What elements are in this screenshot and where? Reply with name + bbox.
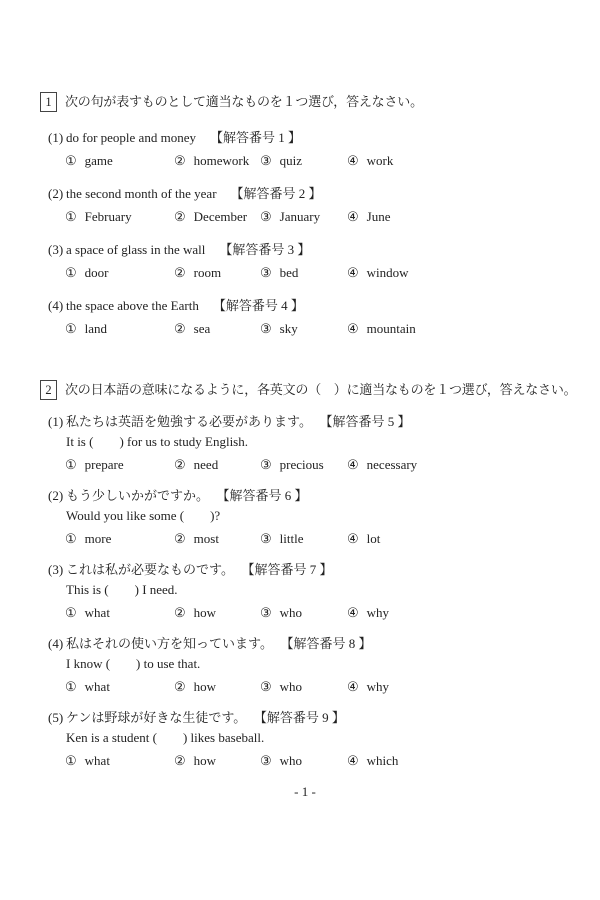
option-text: December [194, 209, 247, 224]
option-mark: ② [174, 321, 186, 336]
section-instruction: 次の日本語の意味になるように，各英文の（ ）に適当なものを１つ選び，答えなさい。 [65, 380, 576, 400]
option-text: more [85, 531, 112, 546]
option-mark: ③ [260, 153, 272, 168]
option: ②how [174, 603, 260, 622]
option-mark: ② [174, 605, 186, 620]
option-mark: ④ [347, 753, 359, 768]
option-mark: ③ [260, 531, 272, 546]
option-mark: ④ [347, 457, 359, 472]
question-prompt: a space of glass in the wall [66, 242, 205, 257]
option: ④lot [347, 529, 570, 548]
option-text: what [85, 679, 110, 694]
question-prompt: 私はそれの使い方を知っています。 [66, 636, 273, 651]
option-text: room [194, 265, 221, 280]
option: ②most [174, 529, 260, 548]
question-label: (1) [48, 128, 65, 147]
option-mark: ① [65, 321, 77, 336]
question-label: (5) [48, 708, 65, 727]
option-text: why [367, 679, 389, 694]
option-mark: ② [174, 153, 186, 168]
question-prompt: ケンは野球が好きな生徒です。 [66, 710, 246, 725]
options-row: ①what ②how ③who ④why [65, 603, 570, 622]
option-text: what [85, 605, 110, 620]
option-mark: ④ [347, 265, 359, 280]
option-text: lot [367, 531, 381, 546]
option-text: most [194, 531, 219, 546]
option-text: who [280, 679, 302, 694]
question-label: (4) [48, 296, 65, 315]
question-line: (4)the space above the Earth【解答番号 4 】 [48, 296, 570, 315]
question-line: (2)the second month of the year【解答番号 2 】 [48, 184, 570, 203]
option-mark: ① [65, 457, 77, 472]
option: ④necessary [347, 455, 570, 474]
option-text: January [280, 209, 320, 224]
question-line: (4)私はそれの使い方を知っています。【解答番号 8 】 [48, 634, 570, 653]
option-text: why [367, 605, 389, 620]
option-mark: ② [174, 457, 186, 472]
option-text: little [280, 531, 304, 546]
option: ②sea [174, 319, 260, 338]
answer-number-tag: 【解答番号 8 】 [287, 636, 372, 651]
question-label: (3) [48, 240, 65, 259]
option-mark: ② [174, 265, 186, 280]
section-2-header: 2 次の日本語の意味になるように，各英文の（ ）に適当なものを１つ選び，答えなさ… [40, 380, 570, 400]
option-text: who [280, 753, 302, 768]
option-text: door [85, 265, 109, 280]
question-item: (2)the second month of the year【解答番号 2 】… [48, 184, 570, 226]
answer-number-tag: 【解答番号 3 】 [219, 242, 310, 257]
option: ③who [260, 603, 347, 622]
question-prompt: the space above the Earth [66, 298, 199, 313]
options-row: ①door ②room ③bed ④window [65, 263, 570, 282]
page-number: - 1 - [40, 782, 570, 801]
option: ③quiz [260, 151, 347, 170]
option: ③who [260, 751, 347, 770]
option-text: need [194, 457, 219, 472]
option: ③little [260, 529, 347, 548]
question-line: (2)もう少しいかがですか。【解答番号 6 】 [48, 486, 570, 505]
option: ④work [347, 151, 570, 170]
option-text: who [280, 605, 302, 620]
english-sentence: Would you like some ( )? [66, 506, 570, 525]
option-mark: ④ [347, 531, 359, 546]
option-text: sea [194, 321, 211, 336]
question-label: (2) [48, 184, 65, 203]
option-mark: ① [65, 531, 77, 546]
option-mark: ④ [347, 209, 359, 224]
option: ①what [65, 603, 174, 622]
option: ④window [347, 263, 570, 282]
section-2-items: (1)私たちは英語を勉強する必要があります。【解答番号 5 】 It is ( … [48, 412, 570, 770]
option-mark: ② [174, 531, 186, 546]
option: ②how [174, 677, 260, 696]
option: ④June [347, 207, 570, 226]
question-prompt: 私たちは英語を勉強する必要があります。 [66, 414, 312, 429]
option: ②room [174, 263, 260, 282]
option: ③January [260, 207, 347, 226]
option-mark: ① [65, 679, 77, 694]
option-mark: ③ [260, 605, 272, 620]
section-2: 2 次の日本語の意味になるように，各英文の（ ）に適当なものを１つ選び，答えなさ… [40, 380, 570, 770]
option-mark: ④ [347, 321, 359, 336]
english-sentence: It is ( ) for us to study English. [66, 432, 570, 451]
section-number-box: 2 [40, 380, 57, 400]
option-mark: ④ [347, 679, 359, 694]
question-item: (3)これは私が必要なものです。【解答番号 7 】 This is ( ) I … [48, 560, 570, 622]
question-line: (3)これは私が必要なものです。【解答番号 7 】 [48, 560, 570, 579]
option-text: quiz [280, 153, 302, 168]
option-text: bed [280, 265, 299, 280]
option-text: mountain [367, 321, 416, 336]
option-text: how [194, 605, 216, 620]
option-mark: ② [174, 679, 186, 694]
section-1-header: 1 次の句が表すものとして適当なものを１つ選び，答えなさい。 [40, 92, 570, 112]
option-text: land [85, 321, 107, 336]
answer-number-tag: 【解答番号 2 】 [231, 186, 322, 201]
option: ④why [347, 603, 570, 622]
options-row: ①more ②most ③little ④lot [65, 529, 570, 548]
option: ④why [347, 677, 570, 696]
question-item: (2)もう少しいかがですか。【解答番号 6 】 Would you like s… [48, 486, 570, 548]
option-mark: ④ [347, 605, 359, 620]
option-text: what [85, 753, 110, 768]
option-text: necessary [367, 457, 418, 472]
exam-page: 1 次の句が表すものとして適当なものを１つ選び，答えなさい。 (1)do for… [0, 0, 600, 900]
option-mark: ③ [260, 209, 272, 224]
options-row: ①what ②how ③who ④why [65, 677, 570, 696]
answer-number-tag: 【解答番号 5 】 [326, 414, 411, 429]
section-1: 1 次の句が表すものとして適当なものを１つ選び，答えなさい。 (1)do for… [40, 92, 570, 338]
option: ③sky [260, 319, 347, 338]
option-text: work [367, 153, 394, 168]
question-prompt: もう少しいかがですか。 [66, 488, 209, 503]
question-item: (4)the space above the Earth【解答番号 4 】 ①l… [48, 296, 570, 338]
question-prompt: the second month of the year [66, 186, 217, 201]
option-mark: ① [65, 605, 77, 620]
question-label: (4) [48, 634, 65, 653]
option-text: homework [194, 153, 250, 168]
section-1-items: (1)do for people and money【解答番号 1 】 ①gam… [48, 128, 570, 338]
question-line: (5)ケンは野球が好きな生徒です。【解答番号 9 】 [48, 708, 570, 727]
question-prompt: これは私が必要なものです。 [66, 562, 234, 577]
options-row: ①game ②homework ③quiz ④work [65, 151, 570, 170]
answer-number-tag: 【解答番号 7 】 [248, 562, 333, 577]
option-text: February [85, 209, 132, 224]
question-prompt: do for people and money [66, 130, 196, 145]
option-mark: ① [65, 209, 77, 224]
question-line: (1)do for people and money【解答番号 1 】 [48, 128, 570, 147]
option-mark: ③ [260, 265, 272, 280]
option-text: how [194, 679, 216, 694]
option: ④mountain [347, 319, 570, 338]
option-mark: ① [65, 753, 77, 768]
option: ①more [65, 529, 174, 548]
answer-number-tag: 【解答番号 9 】 [260, 710, 345, 725]
question-label: (2) [48, 486, 65, 505]
option-text: window [367, 265, 409, 280]
options-row: ①February ②December ③January ④June [65, 207, 570, 226]
option: ③bed [260, 263, 347, 282]
option: ④which [347, 751, 570, 770]
answer-number-tag: 【解答番号 6 】 [223, 488, 308, 503]
english-sentence: I know ( ) to use that. [66, 654, 570, 673]
option-mark: ② [174, 753, 186, 768]
option: ①what [65, 751, 174, 770]
option-text: sky [280, 321, 298, 336]
option-text: precious [280, 457, 324, 472]
answer-number-tag: 【解答番号 4 】 [213, 298, 304, 313]
option-mark: ① [65, 153, 77, 168]
option: ②need [174, 455, 260, 474]
question-item: (4)私はそれの使い方を知っています。【解答番号 8 】 I know ( ) … [48, 634, 570, 696]
option-mark: ③ [260, 457, 272, 472]
option: ①land [65, 319, 174, 338]
english-sentence: Ken is a student ( ) likes baseball. [66, 728, 570, 747]
option-mark: ③ [260, 753, 272, 768]
option-text: game [85, 153, 113, 168]
option-text: prepare [85, 457, 124, 472]
option-text: which [367, 753, 399, 768]
question-label: (3) [48, 560, 65, 579]
option-mark: ③ [260, 321, 272, 336]
option: ②homework [174, 151, 260, 170]
question-item: (1)私たちは英語を勉強する必要があります。【解答番号 5 】 It is ( … [48, 412, 570, 474]
option-mark: ① [65, 265, 77, 280]
options-row: ①land ②sea ③sky ④mountain [65, 319, 570, 338]
question-item: (3)a space of glass in the wall【解答番号 3 】… [48, 240, 570, 282]
question-line: (1)私たちは英語を勉強する必要があります。【解答番号 5 】 [48, 412, 570, 431]
option: ①game [65, 151, 174, 170]
option: ①what [65, 677, 174, 696]
option: ③precious [260, 455, 347, 474]
english-sentence: This is ( ) I need. [66, 580, 570, 599]
option: ①door [65, 263, 174, 282]
options-row: ①prepare ②need ③precious ④necessary [65, 455, 570, 474]
option-mark: ② [174, 209, 186, 224]
section-instruction: 次の句が表すものとして適当なものを１つ選び，答えなさい。 [65, 92, 423, 112]
question-line: (3)a space of glass in the wall【解答番号 3 】 [48, 240, 570, 259]
option-mark: ③ [260, 679, 272, 694]
option: ①February [65, 207, 174, 226]
question-label: (1) [48, 412, 65, 431]
option: ③who [260, 677, 347, 696]
option-mark: ④ [347, 153, 359, 168]
section-number-box: 1 [40, 92, 57, 112]
question-item: (1)do for people and money【解答番号 1 】 ①gam… [48, 128, 570, 170]
option: ②December [174, 207, 260, 226]
options-row: ①what ②how ③who ④which [65, 751, 570, 770]
option-text: how [194, 753, 216, 768]
question-item: (5)ケンは野球が好きな生徒です。【解答番号 9 】 Ken is a stud… [48, 708, 570, 770]
option-text: June [367, 209, 391, 224]
option: ①prepare [65, 455, 174, 474]
answer-number-tag: 【解答番号 1 】 [210, 130, 301, 145]
option: ②how [174, 751, 260, 770]
